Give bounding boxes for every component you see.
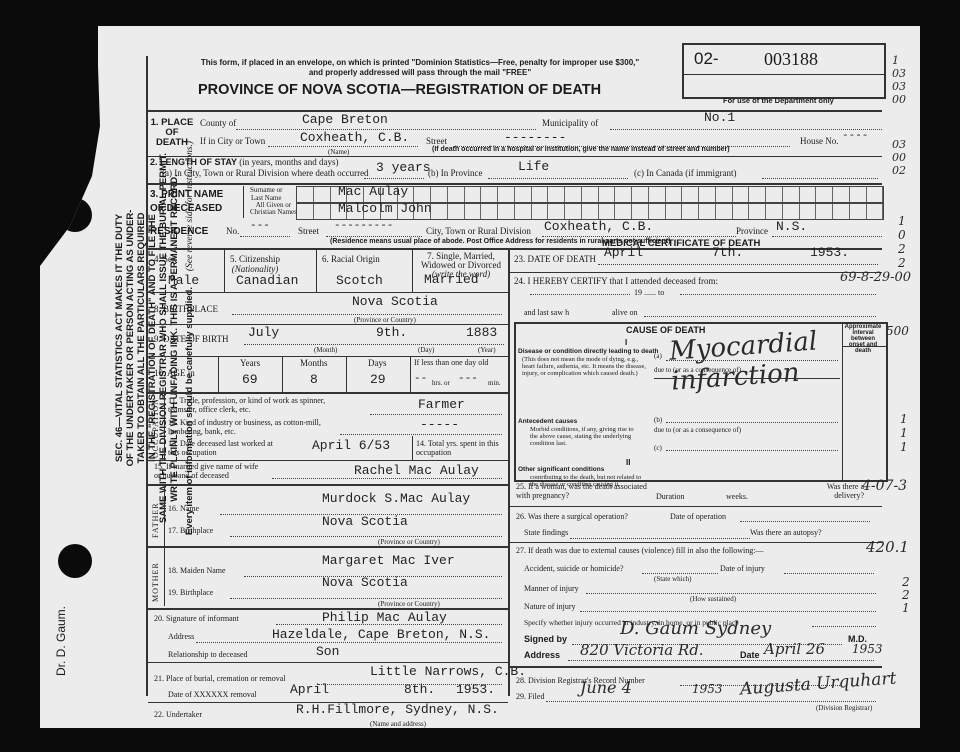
physician-signature: D. Gaum Sydney — [620, 618, 771, 639]
county-value: Cape Breton — [302, 112, 388, 127]
department-number-box: 02- 003188 — [682, 43, 886, 99]
mail-notice: This form, if placed in an envelope, on … — [200, 58, 640, 78]
punch-hole — [58, 198, 92, 232]
doctor-stamp: Dr. D. Gaum. — [56, 606, 67, 676]
given-names-value: Malcolm John — [338, 201, 432, 216]
registrar-signature: Augusta Urquhart — [739, 669, 896, 700]
death-certificate-document: SEC. 46—VITAL STATISTICS ACT MAKES IT TH… — [40, 26, 920, 728]
punch-hole — [58, 544, 92, 578]
surname-value: Mac Aulay — [338, 184, 408, 199]
page-title: PROVINCE OF NOVA SCOTIA—REGISTRATION OF … — [198, 82, 601, 98]
margin-codes: 1030300 — [892, 54, 906, 106]
